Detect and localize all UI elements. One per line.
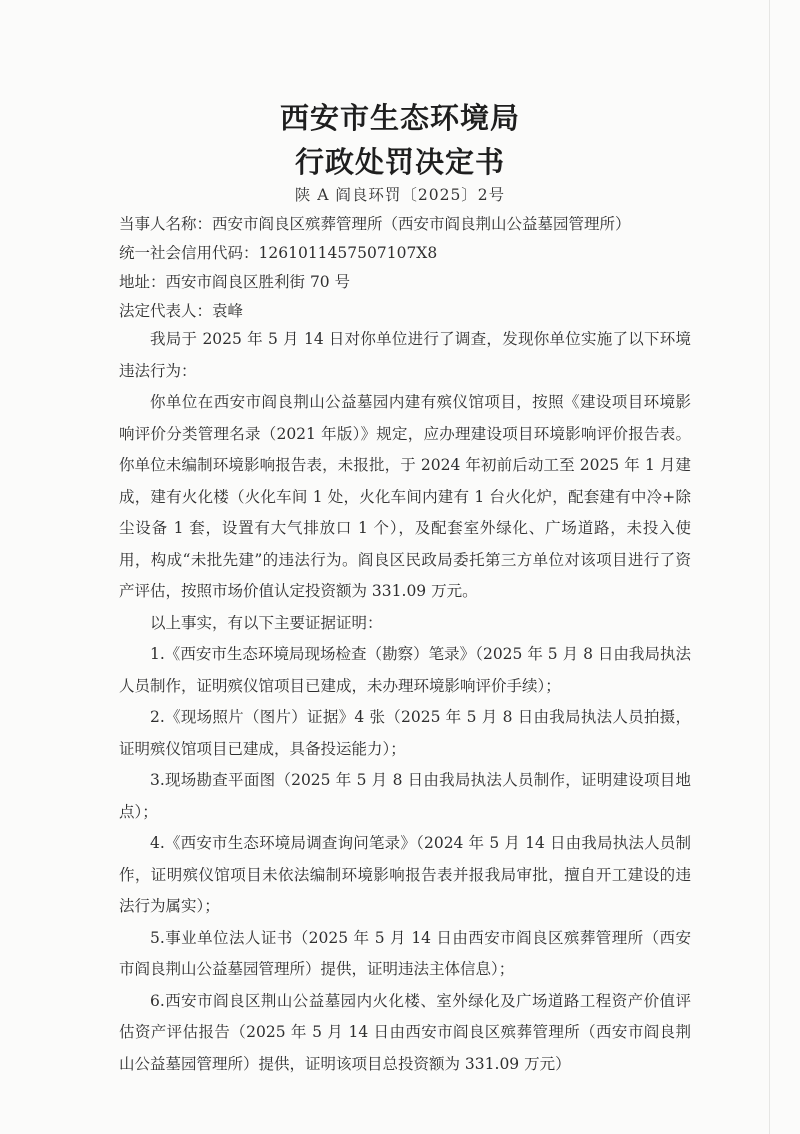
agency-title: 西安市生态环境局 bbox=[0, 96, 800, 137]
investigation-paragraph: 我局于 2025 年 5 月 14 日对你单位进行了调查，发现你单位实施了以下环… bbox=[119, 324, 691, 387]
legal-representative-line: 法定代表人：袁峰 bbox=[119, 299, 243, 321]
evidence-item-2: 2.《现场照片（图片）证据》4 张（2025 年 5 月 8 日由我局执法人员拍… bbox=[119, 702, 691, 765]
document-title: 行政处罚决定书 bbox=[0, 140, 800, 181]
evidence-item-4: 4.《西安市生态环境局调查询问笔录》（2024 年 5 月 14 日由我局执法人… bbox=[119, 828, 691, 923]
address-value: 西安市阎良区胜利街 70 号 bbox=[166, 273, 351, 291]
evidence-item-5: 5.事业单位法人证书（2025 年 5 月 14 日由西安市阎良区殡葬管理所（西… bbox=[119, 923, 691, 986]
legal-representative-value: 袁峰 bbox=[212, 302, 243, 320]
evidence-item-6: 6.西安市阎良区荆山公益墓园内火化楼、室外绿化及广场道路工程资产价值评估资产评估… bbox=[119, 986, 691, 1081]
evidence-intro: 以上事实，有以下主要证据证明： bbox=[119, 608, 691, 640]
credit-code-value: 1261011457507107X8 bbox=[259, 244, 438, 262]
evidence-item-3: 3.现场勘查平面图（2025 年 5 月 8 日由我局执法人员制作，证明建设项目… bbox=[119, 765, 691, 828]
violation-paragraph: 你单位在西安市阎良荆山公益墓园内建有殡仪馆项目，按照《建设项目环境影响评价分类管… bbox=[119, 387, 691, 608]
document-body: 我局于 2025 年 5 月 14 日对你单位进行了调查，发现你单位实施了以下环… bbox=[119, 324, 691, 1080]
evidence-item-1: 1.《西安市生态环境局现场检查（勘察）笔录》（2025 年 5 月 8 日由我局… bbox=[119, 639, 691, 702]
legal-representative-label: 法定代表人： bbox=[119, 302, 212, 320]
credit-code-label: 统一社会信用代码： bbox=[119, 244, 259, 262]
address-label: 地址： bbox=[119, 273, 166, 291]
party-name-line: 当事人名称：西安市阎良区殡葬管理所（西安市阎良荆山公益墓园管理所） bbox=[119, 212, 631, 234]
address-line: 地址：西安市阎良区胜利街 70 号 bbox=[119, 270, 350, 292]
document-page: 西安市生态环境局 行政处罚决定书 陕 A 阎良环罚〔2025〕2号 当事人名称：… bbox=[0, 0, 800, 1134]
document-number: 陕 A 阎良环罚〔2025〕2号 bbox=[0, 183, 800, 205]
party-name-value: 西安市阎良区殡葬管理所（西安市阎良荆山公益墓园管理所） bbox=[212, 215, 631, 233]
credit-code-line: 统一社会信用代码：1261011457507107X8 bbox=[119, 241, 437, 263]
party-name-label: 当事人名称： bbox=[119, 215, 212, 233]
